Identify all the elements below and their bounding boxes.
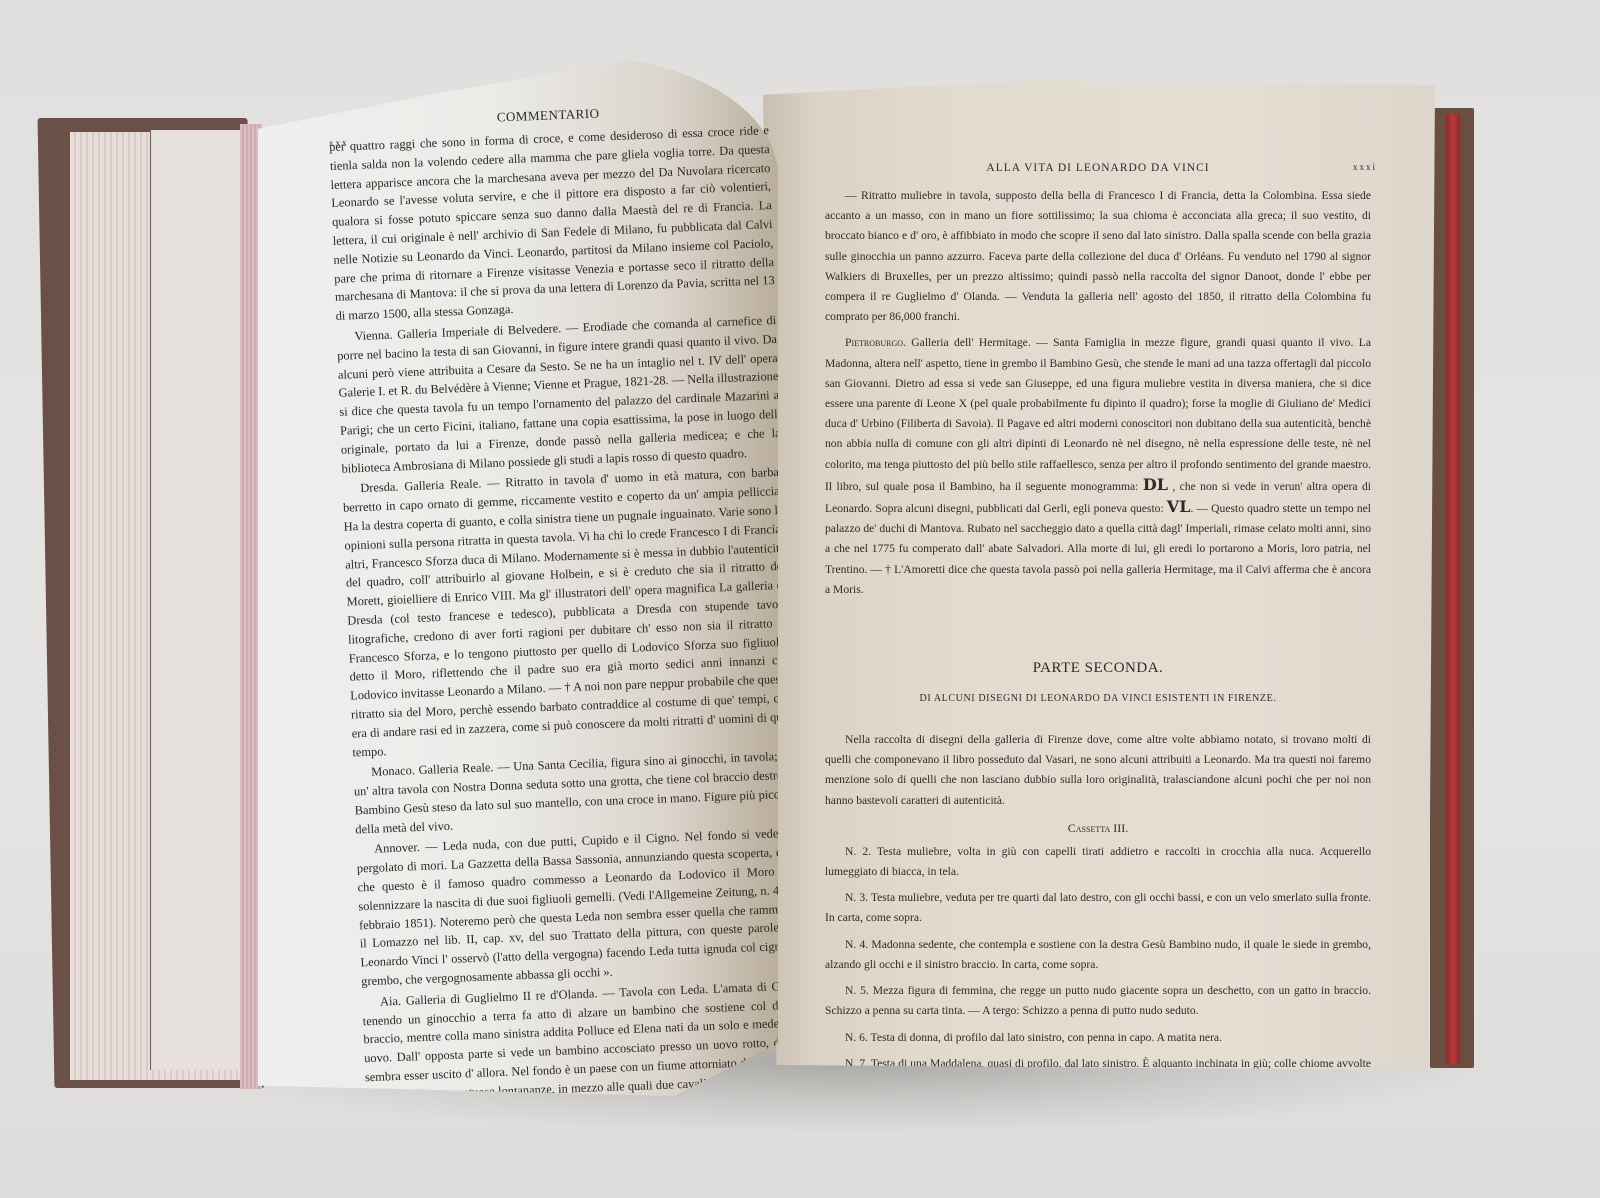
flyleaf-left	[150, 130, 243, 1070]
paragraph-vienna: Vienna. Galleria Imperiale di Belvedere.…	[336, 311, 781, 478]
page-number-right: xxxi	[1353, 162, 1377, 172]
section-subtitle: DI ALCUNI DISEGNI DI LEONARDO DA VINCI E…	[825, 693, 1371, 704]
place-name: Pietroburgo.	[845, 336, 906, 349]
entry: N. 2. Testa muliebre, volta in giù con c…	[825, 842, 1371, 882]
running-head-right: ALLA VITA DI LEONARDO DA VINCI xxxi	[825, 162, 1371, 174]
paragraph: — Ritratto muliebre in tavola, supposto …	[825, 186, 1371, 327]
monogram-dl-icon: DL	[1143, 475, 1168, 494]
paragraph-annover: Annover. — Leda nuda, con due putti, Cup…	[356, 824, 801, 991]
entry: N. 6. Testa di donna, di profilo dal lat…	[825, 1028, 1371, 1048]
entry: N. 4. Madonna sedente, che contempla e s…	[825, 935, 1371, 975]
running-head-text: ALLA VITA DI LEONARDO DA VINCI	[986, 162, 1209, 174]
section-title: PARTE SECONDA.	[825, 660, 1371, 677]
intro-paragraph: Nella raccolta di disegni della galleria…	[825, 730, 1371, 811]
text: . — Questo quadro stette un tempo nel pa…	[825, 502, 1371, 596]
paragraph-monaco: Monaco. Galleria Reale. — Una Santa Ceci…	[353, 747, 796, 839]
entry: N. 5. Mezza figura di femmina, che regge…	[825, 981, 1371, 1021]
page-number-left: xxx	[329, 137, 349, 148]
page-edge-right	[1446, 114, 1460, 1064]
paragraph: per quattro raggi che sono in forma di c…	[329, 121, 776, 326]
entry: N. 3. Testa muliebre, veduta per tre qua…	[825, 888, 1371, 928]
right-page: ALLA VITA DI LEONARDO DA VINCI xxxi — Ri…	[763, 80, 1435, 1070]
left-page: COMMENTARIO xxx per quattro raggi che so…	[258, 56, 778, 1096]
paragraph-pietroburgo: Pietroburgo. Galleria dell' Hermitage. —…	[825, 333, 1371, 600]
monogram-vl-icon: VL	[1167, 497, 1191, 516]
paragraph-dresda: Dresda. Galleria Reale. — Ritratto in ta…	[342, 463, 792, 762]
text: Galleria dell' Hermitage. — Santa Famigl…	[825, 336, 1371, 492]
cassetta-heading: Cassetta III.	[825, 821, 1371, 836]
